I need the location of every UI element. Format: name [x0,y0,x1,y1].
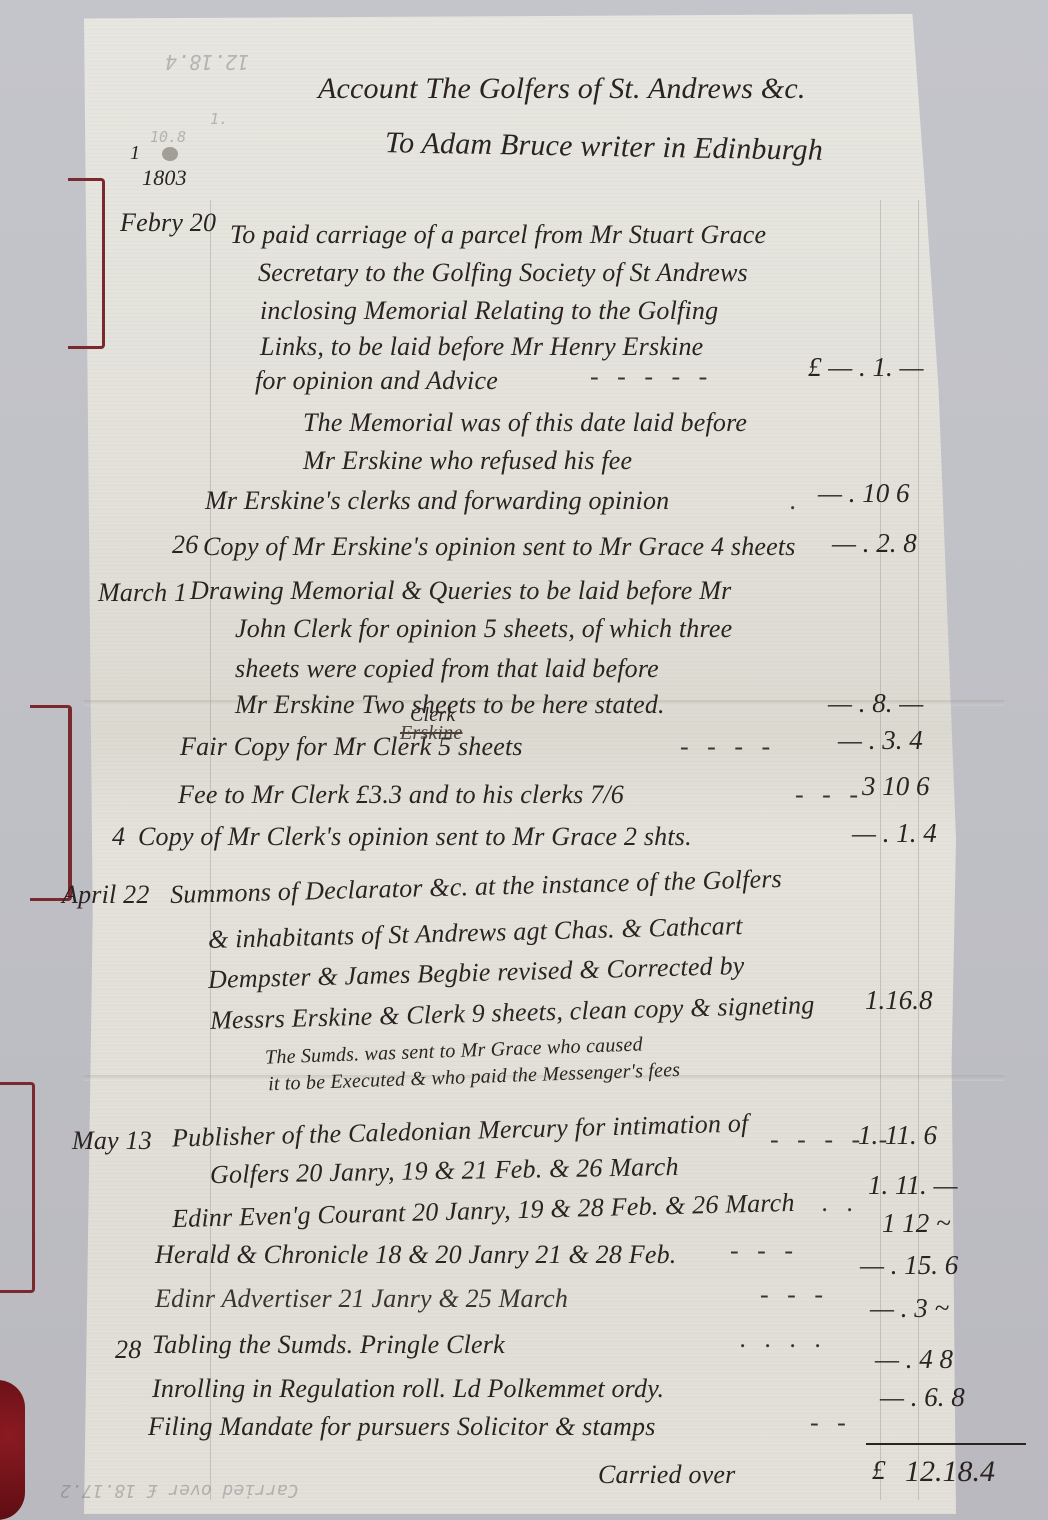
entry-line: Secretary to the Golfing Society of St A… [258,258,748,288]
total-rule [866,1443,1026,1445]
faint-pencil-carried-over: Carried over £ 18.17.2 [60,1480,298,1501]
total-currency: £ [872,1455,886,1486]
entry-line: Tabling the Sumds. Pringle Clerk [152,1330,505,1360]
entry-line: Mr Erskine's clerks and forwarding opini… [205,486,669,516]
entry-leader: - - - [730,1236,799,1266]
entry-line: Fee to Mr Clerk £3.3 and to his clerks 7… [178,780,624,810]
year: 1803 [142,165,187,191]
entry-date: Febry 20 [120,208,216,238]
entry-note: Mr Erskine who refused his fee [303,446,632,476]
entry-leader: . . . . [740,1324,828,1354]
entry-line: Fair Copy for Mr Clerk 5 sheets [180,732,523,762]
entry-line: To paid carriage of a parcel from Mr Stu… [230,220,766,250]
binding-thread [68,178,105,349]
carried-over-label: Carried over [598,1460,735,1490]
entry-line: Filing Mandate for pursuers Solicitor & … [148,1412,656,1442]
total-amount: 12.18.4 [905,1455,995,1489]
entry-amount: — . 15. 6 [860,1250,958,1281]
entry-line: for opinion and Advice [255,366,498,396]
entry-date: April 22 [62,880,150,910]
entry-leader: - - - [760,1280,829,1310]
entry-leader: . . [822,1188,860,1218]
entry-line: Copy of Mr Clerk's opinion sent to Mr Gr… [138,822,692,852]
entry-date: 4 [112,822,125,852]
inserted-word: Clerk [410,704,455,727]
entry-leader: . [790,486,803,516]
entry-line: Drawing Memorial & Queries to be laid be… [190,576,731,606]
entry-amount: — . 3. 4 [838,725,923,756]
entry-line: Links, to be laid before Mr Henry Erskin… [260,332,703,362]
account-title: Account The Golfers of St. Andrews &c. [318,72,806,106]
entry-line: Herald & Chronicle 18 & 20 Janry 21 & 28… [155,1240,676,1270]
entry-leader: - - [810,1408,852,1438]
entry-amount: 1. 11. — [868,1170,958,1201]
entry-line: Inrolling in Regulation roll. Ld Polkemm… [152,1374,664,1404]
binding-thread [30,705,72,901]
entry-date: 28 [115,1335,141,1365]
entry-date: May 13 [72,1126,152,1156]
entry-leader: - - - - [680,732,776,762]
ink-stain [162,147,178,161]
entry-line: sheets were copied from that laid before [235,654,659,684]
entry-amount: — . 2. 8 [832,528,917,559]
entry-amount: — . 3 ~ [870,1293,949,1324]
faint-pencil-mark: 1. [210,110,228,128]
entry-line: Edinr Advertiser 21 Janry & 25 March [155,1284,568,1314]
entry-amount: — . 1. 4 [852,818,937,849]
year-prefix: 1 [130,142,140,165]
binding-thread [0,1082,35,1293]
entry-amount: 3 10 6 [862,771,930,802]
entry-amount: — . 6. 8 [880,1382,965,1413]
faint-pencil-mark: 10.8 [150,128,186,146]
entry-note: The Memorial was of this date laid befor… [303,408,747,438]
thumb-holding-page [0,1380,25,1520]
entry-date: March 1 [98,578,187,608]
faint-pencil-total: 12.18.4 [165,50,249,74]
entry-amount: — . 4 8 [875,1344,953,1375]
entry-leader: - - - - - [590,362,713,392]
entry-amount: 1.16.8 [865,985,933,1016]
entry-date: 26 [172,530,198,560]
entry-amount: — . 8. — [828,688,923,719]
entry-amount: 1 12 ~ [882,1208,951,1239]
entry-amount: £ — . 1. — [808,352,924,383]
entry-amount: — . 10 6 [818,478,910,509]
entry-amount: 1. 11. 6 [858,1120,937,1151]
entry-line: inclosing Memorial Relating to the Golfi… [260,296,718,326]
entry-leader: - - - [795,780,864,810]
entry-line: Copy of Mr Erskine's opinion sent to Mr … [203,532,796,562]
entry-line: John Clerk for opinion 5 sheets, of whic… [235,614,732,644]
